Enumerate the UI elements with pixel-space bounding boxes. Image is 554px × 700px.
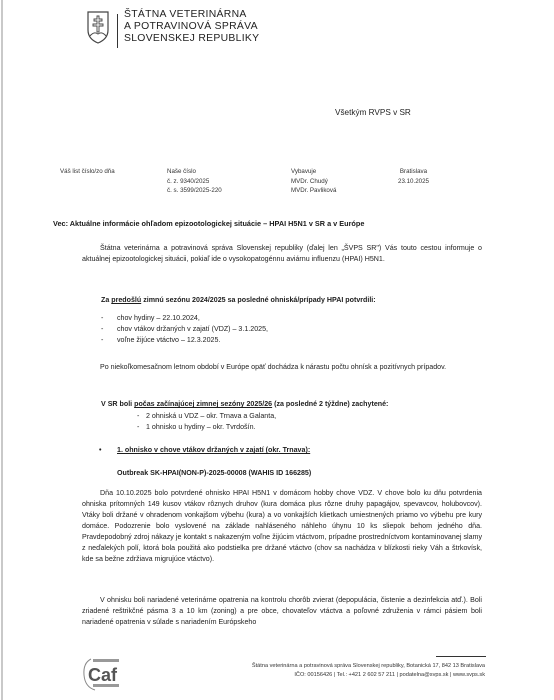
- outbreak-paragraph-1: Dňa 10.10.2025 bolo potvrdené ohnisko HP…: [82, 488, 482, 565]
- our-reference-line-2: č. s. 3599/2025-220: [167, 186, 222, 196]
- previous-season-list: chov hydiny – 22.10.2024, chov vtákov dr…: [101, 313, 268, 346]
- page-edge: [1, 0, 3, 700]
- place: Bratislava: [398, 167, 429, 177]
- handled-by-person-1: MVDr. Chudý: [291, 177, 336, 187]
- addressee: Všetkým RVPS v SR: [335, 108, 411, 117]
- handled-by-label: Vybavuje: [291, 167, 336, 177]
- heading-underlined: počas začínajúcej zimnej sezóny 2025/26: [134, 400, 272, 408]
- handled-by: Vybavuje MVDr. Chudý MVDr. Pavliková: [291, 167, 336, 196]
- org-name-line-1: ŠTÁTNA VETERINÁRNA: [124, 9, 259, 21]
- outbreak-title: 1. ohnisko v chove vtákov držaných v zaj…: [117, 446, 310, 454]
- outbreak-paragraph-2-text: V ohnisku boli nariadené veterinárne opa…: [82, 596, 482, 626]
- letterhead: ŠTÁTNA VETERINÁRNA A POTRAVINOVÁ SPRÁVA …: [86, 8, 259, 48]
- europe-paragraph: Po niekoľkomesačnom letnom období v Euró…: [82, 362, 482, 373]
- handled-by-person-2: MVDr. Pavliková: [291, 186, 336, 196]
- heading-underlined: predošlú: [111, 296, 141, 304]
- heading-text: V SR boli: [101, 400, 134, 408]
- heading-text: Za: [101, 296, 111, 304]
- svg-text:Caf: Caf: [88, 665, 118, 685]
- list-item: 1 ohnisko u hydiny – okr. Tvrdošín.: [137, 422, 276, 433]
- our-reference-line-1: č. z. 9340/2025: [167, 177, 222, 187]
- heading-text: (za posledné 2 týždne) zachytené:: [272, 400, 388, 408]
- footer: Štátna veterinárna a potravinová správa …: [252, 662, 485, 679]
- list-item: 2 ohniská u VDZ – okr. Trnava a Galanta,: [137, 411, 276, 422]
- europe-text: Po niekoľkomesačnom letnom období v Euró…: [100, 363, 446, 371]
- organization-name: ŠTÁTNA VETERINÁRNA A POTRAVINOVÁ SPRÁVA …: [124, 9, 259, 45]
- bullet-icon: •: [99, 446, 101, 454]
- heading-text: zimnú sezónu 2024/2025 sa posledné ohnis…: [141, 296, 375, 304]
- footer-contact: IČO: 00156426 | Tel.: +421 2 602 57 211 …: [252, 671, 485, 680]
- list-item: voľne žijúce vtáctvo – 12.3.2025.: [101, 335, 268, 346]
- outbreak-paragraph-2: V ohnisku boli nariadené veterinárne opa…: [82, 595, 482, 628]
- your-reference-label: Váš list číslo/zo dňa: [60, 167, 115, 177]
- previous-season-heading: Za predošlú zimnú sezónu 2024/2025 sa po…: [101, 296, 376, 304]
- current-season-heading: V SR boli počas začínajúcej zimnej sezón…: [101, 400, 388, 408]
- our-reference: Naše číslo č. z. 9340/2025 č. s. 3599/20…: [167, 167, 222, 196]
- slovak-coat-of-arms-icon: [86, 10, 110, 44]
- org-name-line-3: SLOVENSKEJ REPUBLIKY: [124, 33, 259, 45]
- outbreak-paragraph-1-text: Dňa 10.10.2025 bolo potvrdené ohnisko HP…: [82, 489, 482, 563]
- list-item: chov vtákov držaných v zajatí (VDZ) – 3.…: [101, 324, 268, 335]
- current-season-list: 2 ohniská u VDZ – okr. Trnava a Galanta,…: [137, 411, 276, 433]
- footer-address: Štátna veterinárna a potravinová správa …: [252, 662, 485, 671]
- subject-line: Vec: Aktuálne informácie ohľadom epizoot…: [53, 219, 364, 228]
- your-reference: Váš list číslo/zo dňa: [60, 167, 115, 177]
- outbreak-id: Outbreak SK-HPAI(NON-P)-2025-00008 (WAHI…: [117, 469, 311, 477]
- caf-logo-icon: Caf: [81, 655, 121, 693]
- org-name-line-2: A POTRAVINOVÁ SPRÁVA: [124, 21, 259, 33]
- date: 23.10.2025: [398, 177, 429, 187]
- our-reference-label: Naše číslo: [167, 167, 222, 177]
- place-date: Bratislava 23.10.2025: [398, 167, 429, 186]
- logo-divider: [117, 14, 118, 48]
- intro-paragraph: Štátna veterinárna a potravinová správa …: [82, 243, 482, 265]
- list-item: chov hydiny – 22.10.2024,: [101, 313, 268, 324]
- footer-divider: [436, 656, 486, 657]
